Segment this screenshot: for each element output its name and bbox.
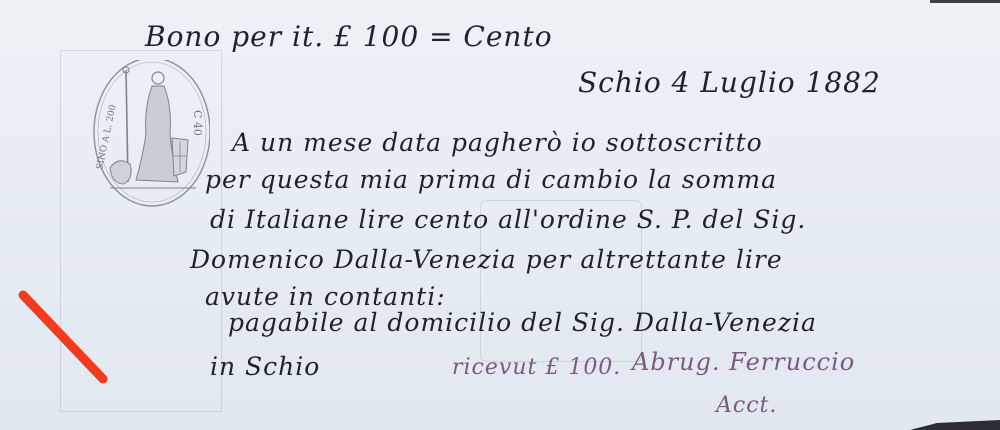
body-line-3: di Italiane lire cento all'ordine S. P. … bbox=[210, 205, 806, 234]
acceptance-mark: Acct. bbox=[716, 393, 777, 418]
paper-edge-top bbox=[930, 0, 1000, 3]
revenue-stamp-seal: SINO A L. 200 C 40 bbox=[88, 60, 210, 210]
stamp-value: C 40 bbox=[191, 110, 204, 136]
body-line-5: avute in contanti: bbox=[205, 282, 446, 311]
stamp-text: SINO A L. 200 bbox=[95, 104, 119, 171]
receipt-note: ricevut £ 100. bbox=[452, 355, 621, 380]
red-annotation-stroke bbox=[15, 285, 115, 395]
body-line-2: per questa mia prima di cambio la somma bbox=[205, 165, 777, 194]
heading-line: Bono per it. £ 100 = Cento bbox=[145, 20, 553, 53]
paper-edge-bottom bbox=[910, 420, 1000, 430]
body-line-7: in Schio bbox=[210, 352, 320, 381]
body-line-4: Domenico Dalla-Venezia per altrettante l… bbox=[190, 245, 783, 274]
document-paper: SINO A L. 200 C 40 Bono per it. £ 100 = … bbox=[0, 0, 1000, 430]
signature: Abrug. Ferruccio bbox=[632, 348, 855, 376]
body-line-1: A un mese data pagherò io sottoscritto bbox=[232, 128, 763, 157]
place-date-line: Schio 4 Luglio 1882 bbox=[578, 66, 881, 99]
body-line-6: pagabile al domicilio del Sig. Dalla-Ven… bbox=[228, 308, 817, 337]
